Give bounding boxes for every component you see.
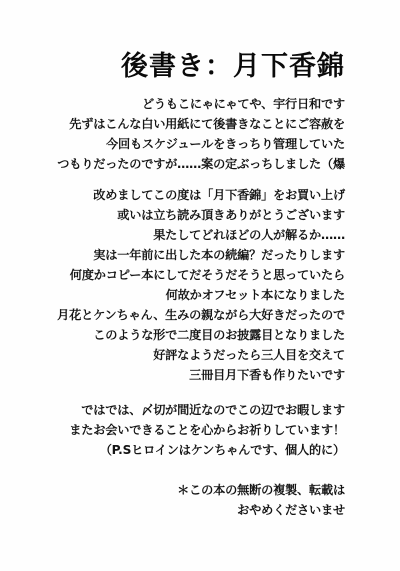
document-page: 後書き：月下香錦 どうもこにゃにゃてや、宇行日和です 先ずはこんな白い用紙にて後… <box>0 0 400 571</box>
text-line: またお会いできることを心からお祈りしています！ <box>69 420 345 440</box>
text-line: 果たしてどれほどの人が解るか…… <box>57 225 345 245</box>
text-line: このような形で二度目のお披露目となりました <box>57 325 345 345</box>
text-line: ＊この本の無断の複製、転載は <box>177 480 345 500</box>
text-line: おやめくださいませ <box>177 500 345 520</box>
text-line: つもりだったのですが……案の定ぶっちしました（爆 <box>57 154 345 174</box>
text-line: （P.Sヒロインはケンちゃんです、個人的に） <box>69 440 345 460</box>
text-line: 何度かコピー本にしてだそうだそうと思っていたら <box>57 265 345 285</box>
text-line: 月花とケンちゃん、生みの親ながら大好きだったので <box>57 305 345 325</box>
paragraph-farewell: ではでは、〆切が間近なのでこの辺でお暇します またお会いできることを心からお祈り… <box>69 400 345 460</box>
text-line: 改めましてこの度は「月下香錦」をお買い上げ <box>57 185 345 205</box>
text-line: 三冊目月下香も作りたいです <box>57 365 345 385</box>
text-line: 或いは立ち読み頂きありがとうございます <box>57 205 345 225</box>
copyright-notice: ＊この本の無断の複製、転載は おやめくださいませ <box>177 480 345 520</box>
text-line: どうもこにゃにゃてや、宇行日和です <box>57 94 345 114</box>
text-line: 好評なようだったら三人目を交えて <box>57 345 345 365</box>
paragraph-greeting: どうもこにゃにゃてや、宇行日和です 先ずはこんな白い用紙にて後書きなことにご容赦… <box>57 94 345 174</box>
paragraph-thanks: 改めましてこの度は「月下香錦」をお買い上げ 或いは立ち読み頂きありがとうございま… <box>57 185 345 385</box>
text-line: 先ずはこんな白い用紙にて後書きなことにご容赦を <box>57 114 345 134</box>
page-title: 後書き：月下香錦 <box>121 44 345 83</box>
text-line: 実は一年前に出した本の続編？だったりします <box>57 245 345 265</box>
text-line: 何故かオフセット本になりました <box>57 285 345 305</box>
text-line: 今回もスケジュールをきっちり管理していた <box>57 134 345 154</box>
text-line: ではでは、〆切が間近なのでこの辺でお暇します <box>69 400 345 420</box>
